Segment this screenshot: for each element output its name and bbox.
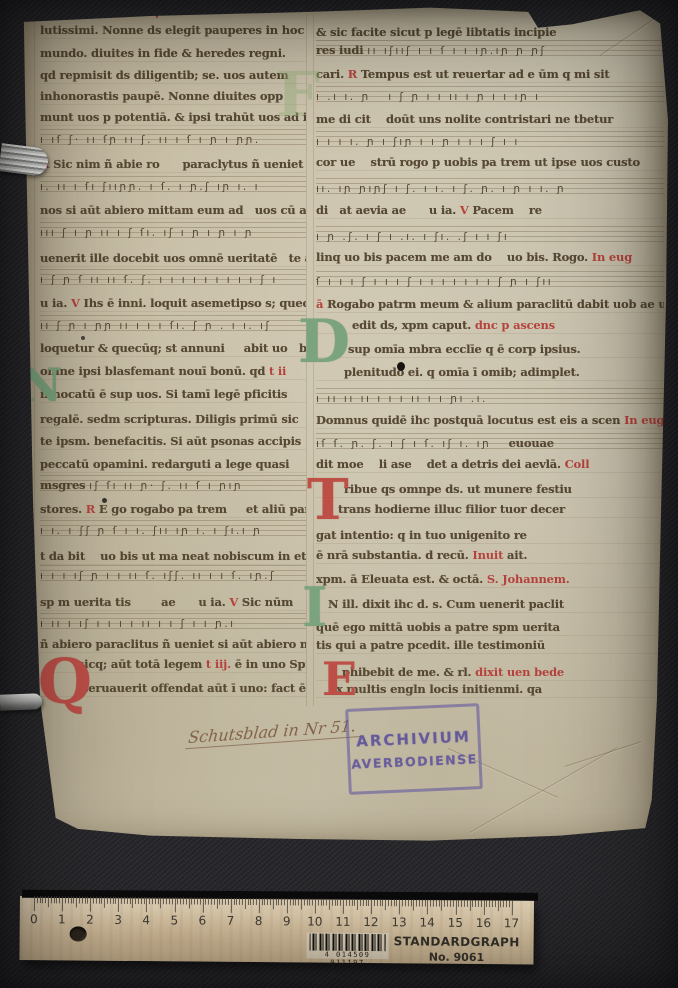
- ruler-tick: [436, 900, 437, 907]
- ruler-tick: [315, 899, 316, 914]
- ruler-tick: [472, 900, 473, 907]
- ruler-tick: [486, 900, 487, 907]
- ruler-tick: [245, 898, 246, 909]
- parchment-leaf: Schutsblad in Nr 51. ARCHIVIUM AVERBODIE…: [18, 6, 668, 844]
- ruler-tick: [152, 897, 153, 904]
- ruler-tick: [270, 898, 271, 905]
- ruler-tick: [65, 896, 66, 903]
- ruler-tick: [425, 900, 426, 907]
- ruler-tick: [399, 899, 400, 914]
- text-segment: te ipsm. benefacitis. Si aūt psonas acci…: [40, 434, 301, 448]
- ruler-tick: [281, 898, 282, 905]
- ruler-tick: [233, 898, 234, 905]
- manuscript-line: quē ego mittā uobis a patre spm uerita: [316, 616, 664, 636]
- ruler-tick: [349, 899, 350, 906]
- text-segment: mundo. diuites in fide & heredes regni.: [40, 46, 286, 60]
- manuscript-line: ē nrā substantia. d recū. Inuit ait.: [316, 544, 664, 564]
- ruler-tick: [146, 897, 147, 912]
- ruler-tick: [231, 898, 232, 913]
- manuscript-line: munt uos p potentiā. & ipsi trahūt uos a…: [40, 106, 306, 126]
- ruler-tick: [368, 899, 369, 906]
- manuscript-line: ı ʃ ɲ ſ ıı ıı ſ. ʃ. ı ı ı ı ı ı ı ı ı ʃ …: [40, 269, 306, 287]
- photo-of-manuscript-leaf: { "annotations": { "handwritten_note": "…: [0, 0, 678, 988]
- ruler-tick: [239, 898, 240, 905]
- ruler-brand-block: STANDARDGRAPH No. 9061: [393, 934, 519, 964]
- manuscript-line: ıı ʃ ɲ ı ɲɲ ıı ı ı ı ſı. ʃ ɲ . ı ı. ıʃ: [40, 315, 306, 333]
- ruler-tick: [377, 899, 378, 906]
- ruler-tick: [276, 898, 277, 905]
- ruler-tick: [450, 900, 451, 907]
- manuscript-line: peccatū opamini. redarguti a lege quasi: [40, 453, 306, 473]
- ruler-tick: [346, 899, 347, 906]
- text-segment: msgres: [40, 478, 89, 492]
- text-segment: ait.: [503, 548, 527, 562]
- ruler-tick: [104, 897, 105, 908]
- ruler-tick: [500, 900, 501, 907]
- ruler-tick: [62, 896, 63, 911]
- text-segment: lutissimi. Nonne ds elegit pauperes in h…: [40, 23, 304, 37]
- ruler-number: 8: [255, 914, 263, 928]
- text-segment: dnc p ascens: [475, 318, 555, 332]
- text-segment: x multis engln locis initienmi. qa: [336, 682, 542, 696]
- ruler-number: 4: [142, 913, 150, 927]
- ruler-tick: [34, 896, 35, 911]
- ink-speck: [81, 336, 85, 340]
- text-segment: regalē. sedm scripturas. Diligis primū s…: [40, 412, 299, 426]
- neume-notation: ı ıſ ʃ· ıı ſɲ ıı ʃ. ıı ı ſ ı ɲ ı ɲɲ.: [40, 134, 261, 146]
- text-segment: linq uo bis pacem me am do uo bis. Rogo.: [316, 250, 592, 264]
- ruler-tick: [382, 899, 383, 906]
- text-segment: R: [86, 502, 99, 516]
- ruler-tick: [107, 897, 108, 904]
- manuscript-line: ā Rogabo patrm meum & alium paraclitū da…: [316, 293, 664, 313]
- ruler-tick: [306, 899, 307, 906]
- ruler-tick: [85, 897, 86, 904]
- ruler-tick: [163, 897, 164, 904]
- ruler-tick: [323, 899, 324, 906]
- ruler-tick: [309, 899, 310, 906]
- manuscript-line: nos si aūt abiero mittam eum ad uos cū a…: [40, 199, 306, 219]
- ruler-tick: [158, 897, 159, 904]
- text-segment: stores.: [40, 502, 86, 516]
- ink-speck: [397, 362, 405, 371]
- ruler-tick: [214, 898, 215, 905]
- ruler-number: 9: [283, 914, 291, 928]
- neume-notation: ı ı. ı ʃʃ ɲ ſ ı ı. ʃıı ıɲ ı. ı ʃı.ı ɲ: [40, 525, 262, 537]
- text-segment: tis qui a patre pcedit. ille testimoniū: [316, 638, 545, 652]
- ruler-tick: [183, 897, 184, 904]
- ruler-tick: [461, 900, 462, 907]
- illuminated-initial-F: F: [276, 64, 320, 126]
- manuscript-line: t da bit uo bis ut ma neat nobiscum in e…: [40, 545, 306, 565]
- ruler-tick: [287, 898, 288, 913]
- ruler-number: 6: [199, 914, 207, 928]
- text-segment: t iij.: [206, 657, 235, 671]
- ruler-tick: [391, 899, 392, 906]
- text-segment: dit moe li ase det a detris dei aevlā.: [316, 457, 565, 471]
- manuscript-line: ı ı. ı ʃʃ ɲ ſ ı ı. ʃıı ıɲ ı. ı ʃı.ı ɲ: [40, 520, 306, 538]
- text-segment: V: [229, 595, 242, 609]
- ruler-tick: [166, 897, 167, 904]
- ruler-tick: [312, 899, 313, 906]
- neume-notation: ıı ʃ ɲ ı ɲɲ ıı ı ı ı ſı. ʃ ɲ . ı ı. ıʃ: [40, 320, 272, 332]
- ruler-tick: [135, 897, 136, 904]
- manuscript-line: uenerit ille docebit uos omnē ueritatē t…: [40, 247, 306, 267]
- ruler-number: 11: [335, 915, 350, 929]
- neume-notation: ı ıı ıı ıı ı ı ı ıı ı ı ɲı .ı.: [316, 393, 488, 405]
- ruler-tick: [447, 900, 448, 907]
- wormhole: [24, 404, 31, 411]
- text-segment: In eug: [592, 250, 632, 264]
- ruler-tick: [115, 897, 116, 904]
- ruler-tick: [225, 898, 226, 905]
- text-segment: phibebit de me. & rl.: [342, 665, 475, 679]
- ruler-tick: [144, 897, 145, 904]
- ruler-tick: [262, 898, 263, 905]
- ruler-tick: [385, 899, 386, 910]
- ruler-tick: [503, 900, 504, 907]
- ruler-tick: [292, 898, 293, 905]
- ruler-tick: [408, 899, 409, 906]
- ruler-number: 16: [476, 916, 491, 930]
- ruler-tick: [79, 897, 80, 904]
- text-segment: Inuit: [472, 548, 503, 562]
- ruler-tick: [419, 899, 420, 906]
- ruler-number: 1: [58, 912, 66, 926]
- text-segment: V: [71, 296, 84, 310]
- text-segment: innocatū ē sup uos. Si tamī legē pficiti…: [40, 387, 287, 401]
- ruler-tick: [475, 900, 476, 907]
- ruler-tick: [444, 900, 445, 907]
- manuscript-line: Domnus quidē ihc postquā locutus est eis…: [316, 409, 664, 429]
- manuscript-line: ıı. ıɲ ɲıɲʃ ı ʃ. ı ı. ı ʃ. ɲ. ı ɲ ı ı. ɲ: [316, 178, 664, 196]
- text-segment: R: [348, 67, 361, 81]
- manuscript-line: ſ ı ı ı ʃ ı ı ı ʃ ı ı ı ı ı ı ı ʃ ɲ ı ʃı…: [316, 271, 664, 289]
- text-segment: Domnus quidē ihc postquā locutus est eis…: [316, 413, 624, 427]
- ruler-tick: [211, 898, 212, 905]
- ruler-number: 5: [170, 913, 178, 927]
- ruler-tick: [250, 898, 251, 905]
- text-segment: t da bit uo bis ut ma neat nobiscum in e…: [40, 549, 306, 563]
- text-segment: uicq; aūt totā legem: [76, 657, 206, 671]
- text-segment: ribue qs omnpe ds. ut munere festiu: [344, 482, 572, 496]
- neume-notation: ı ıı ı ıʃ ı ı ı ı ıı ı ı ʃ ı ı ɲ.ı: [40, 618, 236, 630]
- ruler-tick: [318, 899, 319, 906]
- text-segment: nos si aūt abiero mittam eum ad uos cū a…: [40, 203, 306, 217]
- ruler-tick: [90, 897, 91, 912]
- ink-speck: [102, 498, 107, 503]
- ruler-number: 14: [419, 915, 434, 929]
- text-segment: S. Johannem.: [487, 572, 570, 586]
- ruler-tick: [441, 900, 442, 911]
- manuscript-line: u ia. V Ihs ē inni. loquit asemetipso s;…: [40, 292, 306, 312]
- ruler-tick: [129, 897, 130, 904]
- ruler-tick: [56, 896, 57, 903]
- ruler-tick: [40, 896, 41, 903]
- ruler-tick: [96, 897, 97, 904]
- neume-notation: ſ ı ı ı ʃ ı ı ı ʃ ı ı ı ı ı ı ı ʃ ɲ ı ʃı…: [316, 276, 553, 288]
- barcode-digits: 4 014509 011197: [306, 951, 388, 968]
- manuscript-line: ı ı ı ı. ɲ ı ʃıɲ ı ı ɲ ı ı ı ʃ ı ı: [316, 131, 664, 149]
- manuscript-line: plenitudo ei. q omīa ī omib; adimplet.: [316, 361, 664, 381]
- ruler-tick: [284, 898, 285, 905]
- manuscript-line: N ill. dixit ihc d. s. Cum uenerit pacli…: [316, 593, 664, 613]
- manuscript-line: stores. R E go rogabo pa trem et aliū pa…: [40, 498, 306, 518]
- ruler-tick: [405, 899, 406, 906]
- ruler-tick: [45, 896, 46, 903]
- text-segment: di at aevia ae u ia.: [316, 203, 460, 217]
- red-edge-mark: [152, 6, 162, 19]
- ruler-tick: [132, 897, 133, 908]
- ruler-tick: [87, 897, 88, 904]
- text-segment: sp m uerita tis ae u ia.: [40, 595, 229, 609]
- ruler-tick: [256, 898, 257, 905]
- text-segment: ē in uno Spm: [235, 657, 306, 671]
- ruler-number: 15: [448, 916, 463, 930]
- manuscript-line: cari. R Tempus est ut reuertar ad e ūm q…: [316, 63, 664, 83]
- ruler-tick: [363, 899, 364, 906]
- neume-notation: ı ʃ ɲ ſ ıı ıı ſ. ʃ. ı ı ı ı ı ı ı ı ı ʃ …: [40, 274, 278, 286]
- ruler-tick: [141, 897, 142, 904]
- text-segment: loquetur & quecūq; st annuni abit uo bis…: [40, 341, 306, 355]
- text-segment: Sic nim ñ abie ro paraclytus ñ ueniet: [53, 157, 303, 171]
- manuscript-line: & sic facite sicut p legē libtatis incip…: [316, 21, 664, 41]
- text-segment: Coll: [565, 457, 590, 471]
- neume-notation: ıſ ſ. ɲ. ʃ. ı ʃ ı ſ. ıʃ ı. ıɲ: [316, 438, 497, 450]
- ruler-tick: [124, 897, 125, 904]
- ruler-tick: [326, 899, 327, 906]
- ruler-number: 13: [391, 915, 406, 929]
- text-segment: V: [460, 203, 473, 217]
- ruler-tick: [59, 896, 60, 903]
- ruler-number: 10: [307, 915, 322, 929]
- metal-clip-bottom: [0, 693, 42, 710]
- ruler-tick: [169, 897, 170, 904]
- text-segment: u ia.: [40, 296, 71, 310]
- text-segment: peccatū opamini. redarguti a lege quasi: [40, 457, 289, 471]
- text-segment: Pacem re: [472, 203, 541, 217]
- text-segment: cor ue strū rogo p uobis pa trem ut ipse…: [316, 155, 640, 169]
- ruler-tick: [191, 897, 192, 904]
- ruler-tick: [394, 899, 395, 906]
- ruler-tick: [200, 898, 201, 905]
- ruler-tick: [188, 897, 189, 908]
- ruler-tick: [402, 899, 403, 906]
- ruler-tick: [259, 898, 260, 913]
- ruler-tick: [99, 897, 100, 904]
- ruler-tick: [93, 897, 94, 904]
- ruler-tick: [301, 898, 302, 909]
- ruler-tick: [219, 898, 220, 905]
- illuminated-initial-Q: Q: [38, 651, 92, 713]
- ruler-tick: [298, 898, 299, 905]
- manuscript-line: me di cit doūt uns nolite contristari ne…: [316, 108, 664, 128]
- manuscript-line: inhonorastis paupē. Nonne diuites opp: [40, 85, 306, 105]
- text-segment: E go rogabo pa trem et aliū para cly: [99, 502, 306, 516]
- ruler-tick: [340, 899, 341, 906]
- neume-notation: ııı ʃ ı ɲ ıı ı ʃ ſı. ıʃ ı ɲ ı ɲ ı ɲ: [40, 227, 254, 239]
- ruler-tick: [205, 898, 206, 905]
- ruler-tick: [194, 898, 195, 905]
- ruler-tick: [76, 896, 77, 907]
- manuscript-line: mundo. diuites in fide & heredes regni.: [40, 42, 306, 62]
- text-segment: Ihs ē inni. loquit asemetipso s; quecq; …: [84, 296, 306, 310]
- text-segment: euouae: [497, 436, 554, 450]
- ruler-tick: [54, 896, 55, 903]
- ruler-tick: [366, 899, 367, 906]
- ruler-tick: [498, 900, 499, 911]
- ruler-tick: [180, 897, 181, 904]
- manuscript-line: trans hodierne illuc filior tuor decer: [316, 498, 664, 518]
- ruler-tick: [467, 900, 468, 907]
- ruler-tick: [469, 900, 470, 911]
- manuscript-line: sup omīa mbra ecclīe q ē corp ipsius.: [316, 338, 664, 358]
- ruler-tick: [155, 897, 156, 904]
- manuscript-line: qd repmisit ds diligentib; se. uos autem: [40, 64, 306, 84]
- neume-notation: ı ɲ .ʃ. ı ʃ ı .ı. ı ʃı. .ʃ ı ı ʃı: [316, 231, 509, 243]
- ruler-tick: [42, 896, 43, 903]
- text-segment: quē ego mittā uobis a patre spm uerita: [316, 620, 560, 634]
- ruler-tick: [48, 896, 49, 907]
- ruler-tick: [51, 896, 52, 903]
- ruler-tick: [506, 900, 507, 907]
- ruler-tick: [118, 897, 119, 912]
- ruler-tick: [82, 897, 83, 904]
- ruler-tick: [278, 898, 279, 905]
- manuscript-line: loquetur & quecūq; st annuni abit uo bis…: [40, 337, 306, 357]
- ruler-model: No. 9061: [393, 950, 519, 964]
- ruler-tick: [149, 897, 150, 904]
- ruler-tick: [186, 897, 187, 904]
- text-segment: plenitudo ei. q omīa ī omib; adimplet.: [344, 365, 580, 379]
- ruler-tick: [357, 899, 358, 910]
- manuscript-line: ı ı ı ıʃ ɲ ı ı ıı ſ. ıʃʃ. ıı ı ı ſ. ıɲ.ʃ: [40, 565, 306, 583]
- manuscript-line: ı ıı ıı ıı ı ı ı ıı ı ı ɲı .ı.: [316, 388, 664, 406]
- manuscript-line: linq uo bis pacem me am do uo bis. Rogo.…: [316, 246, 664, 266]
- ruler-tick: [478, 900, 479, 907]
- barcode-bars: [310, 934, 386, 952]
- neume-notation: ı .ı ı. ɲ ı ʃ ɲ ı ı ıı ı ɲ ı ı ıɲ ı: [316, 91, 541, 103]
- ruler-tick: [172, 897, 173, 904]
- ruler-tick: [68, 896, 69, 903]
- manuscript-line: dit moe li ase det a detris dei aevlā. C…: [316, 453, 664, 473]
- neume-notation: ıı ıʃııʃ ı ı ſ ı ı ıɲ.ıɲ ɲ ɲʃ: [367, 45, 546, 57]
- ruler-tick: [512, 900, 513, 915]
- text-segment: uenerit ille docebit uos omnē ueritatē t…: [40, 251, 306, 265]
- ruler-tick: [236, 898, 237, 905]
- ruler-tick: [374, 899, 375, 906]
- ruler-tick: [351, 899, 352, 906]
- ruler-scale: 01234567891011121314151617: [20, 896, 534, 900]
- text-segment: Sic nūm: [242, 595, 293, 609]
- neume-notation: ıı. ıɲ ɲıɲʃ ı ʃ. ı ı. ı ʃ. ɲ. ı ɲ ı ı. ɲ: [316, 183, 566, 195]
- ruler-tick: [410, 899, 411, 906]
- ruler-tick: [483, 900, 484, 915]
- manuscript-line: tis qui a patre pcedit. ille testimoniū: [316, 634, 664, 654]
- ruler-tick: [427, 900, 428, 915]
- ruler-tick: [37, 896, 38, 903]
- ruler-tick: [360, 899, 361, 906]
- text-segment: qd repmisit ds diligentib; se. uos autem: [40, 68, 288, 82]
- text-segment: cari.: [316, 67, 348, 81]
- ruler-tick: [388, 899, 389, 906]
- ruler-tick: [413, 899, 414, 910]
- barcode: 4 014509 011197: [306, 933, 388, 960]
- ruler-tick: [337, 899, 338, 906]
- ruler-tick: [197, 898, 198, 905]
- text-segment: N ill. dixit ihc d. s. Cum uenerit pacli…: [328, 597, 564, 611]
- ruler-tick: [439, 900, 440, 907]
- ruler-tick: [247, 898, 248, 905]
- illuminated-initial-D: D: [298, 312, 350, 372]
- illuminated-initial-N: N: [20, 362, 62, 408]
- text-segment: & sic facite sicut p legē libtatis incip…: [316, 25, 556, 39]
- manuscript-line: omne ipsi blasfemant nouī bonū. qd t ii: [40, 360, 306, 380]
- ruler-tick: [177, 897, 178, 904]
- text-segment: In eug: [624, 413, 664, 427]
- neume-notation: ı ı ı ı. ɲ ı ʃıɲ ı ı ɲ ı ı ı ʃ ı ı: [316, 136, 520, 148]
- ruler-tick: [73, 896, 74, 903]
- ruler-number: 3: [114, 913, 122, 927]
- ruler-number: 17: [504, 916, 519, 930]
- ruler-tick: [217, 898, 218, 909]
- ruler-tick: [290, 898, 291, 905]
- ruler-tick: [304, 898, 305, 905]
- text-segment: me di cit doūt uns nolite contristari ne…: [316, 112, 613, 126]
- ruler-tick: [492, 900, 493, 907]
- ruler-tick: [242, 898, 243, 905]
- ruler-hole: [70, 926, 87, 941]
- text-segment: omne ipsi blasfemant nouī bonū. qd: [40, 364, 269, 378]
- text-segment: trans hodierne illuc filior tuor decer: [338, 502, 565, 516]
- ruler-tick: [329, 899, 330, 910]
- neume-notation: ıʃ ſı ıı ɲ· ʃ. ıı ſ ı ɲıɲ: [89, 480, 243, 492]
- ruler-tick: [430, 900, 431, 907]
- ruler-tick: [127, 897, 128, 904]
- ruler-tick: [253, 898, 254, 905]
- text-segment: sup omīa mbra ecclīe q ē corp ipsius.: [348, 342, 580, 356]
- text-segment: ē nrā substantia. d recū.: [316, 548, 472, 562]
- manuscript-line: msgres ıʃ ſı ıı ɲ· ʃ. ıı ſ ı ɲıɲ: [40, 475, 306, 493]
- ruler-number: 2: [86, 913, 94, 927]
- ruler-tick: [160, 897, 161, 908]
- illuminated-initial-I: I: [302, 580, 327, 634]
- manuscript-line: ı ıſ ʃ· ıı ſɲ ıı ʃ. ıı ı ſ ı ɲ ı ɲɲ.: [40, 129, 306, 147]
- manuscript-line: edit ds, xpm caput. dnc p ascens: [316, 314, 664, 334]
- right-text-column: & sic facite sicut p legē libtatis incip…: [316, 6, 664, 766]
- neume-notation: ı ı ı ıʃ ɲ ı ı ıı ſ. ıʃʃ. ıı ı ı ſ. ıɲ.ʃ: [40, 570, 276, 582]
- manuscript-line: ribue qs omnpe ds. ut munere festiu: [316, 478, 664, 498]
- ruler-tick: [321, 899, 322, 906]
- manuscript-line: x multis engln locis initienmi. qa: [316, 678, 664, 698]
- ruler-tick: [202, 898, 203, 913]
- manuscript-line: ıſ ſ. ɲ. ʃ. ı ʃ ı ſ. ıʃ ı. ıɲ euouae: [316, 433, 664, 451]
- text-segment: Rogabo patrm meum & alium paraclitū dabi…: [327, 297, 664, 311]
- text-segment: munt uos p potentiā. & ipsi trahūt uos a…: [40, 110, 306, 124]
- ruler-tick: [495, 900, 496, 907]
- text-segment: xpm. ā Eleuata est. & octā.: [316, 572, 487, 586]
- manuscript-line: innocatū ē sup uos. Si tamī legē pficiti…: [40, 383, 306, 403]
- illuminated-initial-T: T: [307, 472, 349, 528]
- manuscript-line: cor ue strū rogo p uobis pa trem ut ipse…: [316, 151, 664, 171]
- ruler-tick: [273, 898, 274, 909]
- manuscript-line: te ipsm. benefacitis. Si aūt psonas acci…: [40, 430, 306, 450]
- ruler-brand: STANDARDGRAPH: [394, 934, 520, 949]
- ruler-tick: [110, 897, 111, 904]
- manuscript-line: di at aevia ae u ia. V Pacem re: [316, 199, 664, 219]
- ruler-tick: [343, 899, 344, 914]
- stamp-line-1: ARCHIVIUM: [356, 727, 471, 750]
